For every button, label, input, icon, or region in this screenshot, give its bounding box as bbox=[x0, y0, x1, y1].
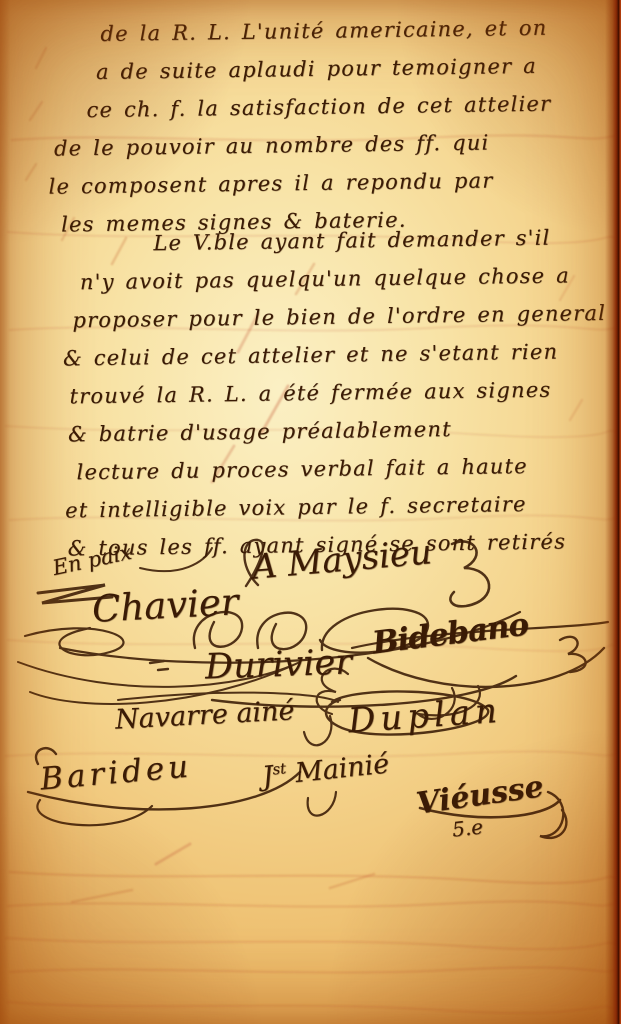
paragraph-1: de la R. L. L'unité americaine, et on a … bbox=[0, 8, 621, 245]
manuscript-line: de la R. L. L'unité americaine, et on bbox=[100, 8, 621, 53]
signature-bidebano: Bidebano bbox=[370, 607, 530, 662]
manuscript-page: de la R. L. L'unité americaine, et on a … bbox=[0, 0, 621, 1024]
manuscript-body: de la R. L. L'unité americaine, et on a … bbox=[0, 0, 621, 4]
manuscript-line: trouvé la R. L. a été fermée aux signes bbox=[69, 370, 621, 416]
signature-duplan: Duplan bbox=[347, 691, 503, 742]
signature-mainie-superscript: st bbox=[271, 759, 286, 778]
signature-navarre: Navarre ainé bbox=[114, 695, 295, 735]
signature-mainie-name: Mainié bbox=[294, 748, 391, 789]
signature-chavier: Chavier bbox=[91, 580, 240, 631]
signature-barideu: Barideu bbox=[39, 748, 194, 797]
signature-durivier: Durivier bbox=[204, 642, 352, 687]
manuscript-line: Le V.ble ayant fait demander s'il bbox=[153, 218, 621, 263]
signature-mainie: Jst Mainié bbox=[261, 748, 391, 792]
manuscript-line: ce ch. f. la satisfaction de cet attelie… bbox=[86, 84, 621, 129]
signature-vieusse-number: 5.e bbox=[451, 814, 484, 841]
paragraph-2: Le V.ble ayant fait demander s'il n'y av… bbox=[3, 218, 621, 569]
